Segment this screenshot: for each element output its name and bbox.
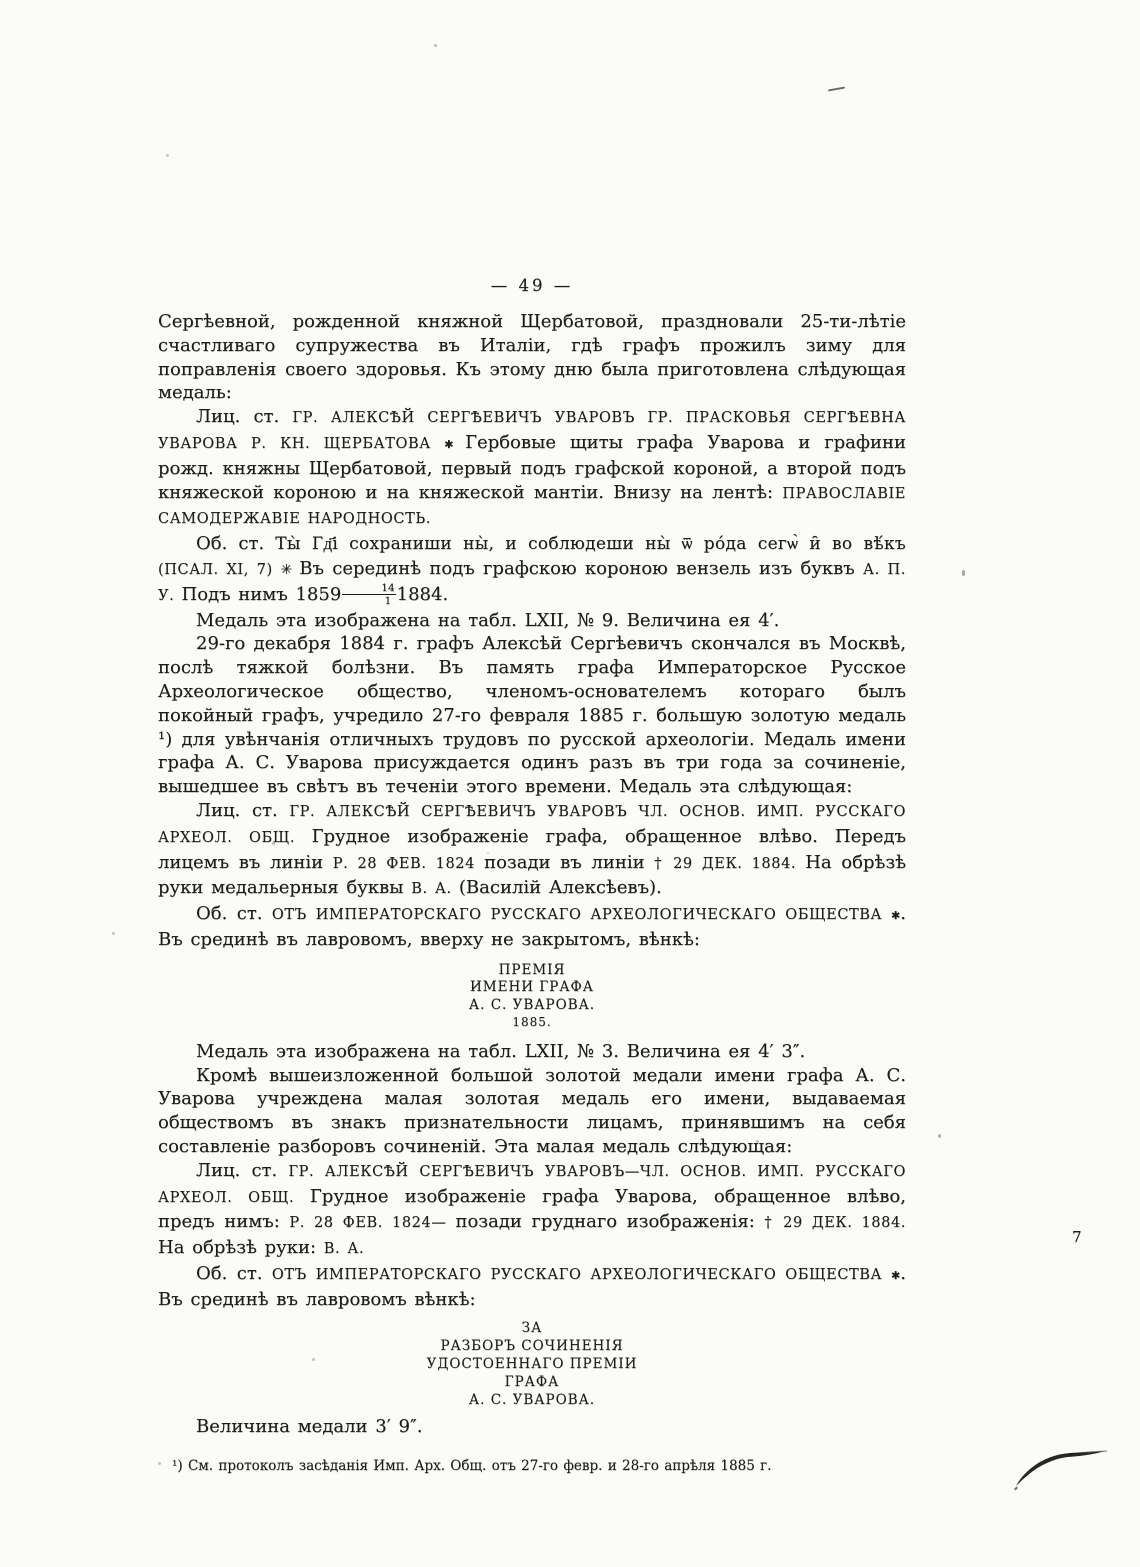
text-run: 1884. [397, 584, 449, 605]
text-run: позади груднаго изображенія: [455, 1211, 764, 1232]
page-text-column: Сергѣевной, рожденной княжной Щербатовой… [158, 310, 906, 1475]
scan-speck [312, 1358, 315, 1361]
scan-speck [487, 852, 489, 854]
medallist-initials: В. А. [411, 881, 459, 897]
scan-speck [962, 570, 965, 576]
text-run: Лиц. ст. [196, 1160, 288, 1181]
scan-speck [272, 842, 275, 845]
inscription-line: ПРЕМІЯ [158, 962, 906, 980]
sheet-signature: 7 [1072, 1228, 1082, 1246]
wreath-inscription-za-razbor: ЗА РАЗБОРЪ СОЧИНЕНІЯ УДОСТОЕННАГО ПРЕМІИ… [158, 1319, 906, 1409]
inscription-line: А. С. УВАРОВА. [158, 1391, 906, 1409]
society-legend-caps: ОТЪ ИМПЕРАТОРСКАГО РУССКАГО АРХЕОЛОГИЧЕС… [272, 907, 891, 923]
birth-date-caps: Р. 28 ФЕВ. 1824 [333, 856, 484, 872]
birth-date-caps: Р. 28 ФЕВ. 1824— [289, 1215, 455, 1231]
inscription-line: УДОСТОЕННАГО ПРЕМІИ [158, 1355, 906, 1373]
paragraph-anniversary: Сергѣевной, рожденной княжной Щербатовой… [158, 310, 906, 405]
text-run: Подъ нимъ 1859 [182, 584, 342, 605]
scan-speck [938, 1134, 941, 1138]
text-run: Медаль эта изображена на табл. LXII, № 9… [196, 610, 779, 631]
paragraph-death-and-prize: 29-го декабря 1884 г. графъ Алексѣй Серг… [158, 632, 906, 799]
text-run: Об. ст. [196, 903, 272, 924]
scan-stroke-artifact [828, 87, 845, 92]
inscription-year: 1885. [158, 1014, 906, 1032]
death-date-caps: † 29 ДЕК. 1884. [654, 856, 805, 872]
text-run: Медаль эта изображена на табл. LXII, № 3… [196, 1041, 805, 1062]
text-run: Величина медали 3′ 9″. [196, 1416, 422, 1437]
page-number-header: — 49 — [158, 276, 906, 295]
text-run: Лиц. ст. [196, 800, 289, 821]
inscription-line: РАЗБОРЪ СОЧИНЕНІЯ [158, 1337, 906, 1355]
ink-flourish [1008, 1442, 1108, 1498]
text-run: Лиц. ст. [196, 406, 292, 427]
footnote: ¹) См. протоколъ засѣданія Имп. Арх. Общ… [158, 1457, 906, 1475]
scan-speck [434, 44, 437, 47]
rosette-icon: ✳ [281, 562, 300, 578]
scan-speck [166, 154, 169, 157]
medallist-initials: В. А. [324, 1241, 364, 1257]
paragraph-reverse-jubilee-medal: Об. ст. Ты̀ Гд҃і сохраниши ны̀, и соблюд… [158, 532, 906, 608]
rosette-icon: ✱ [891, 1269, 900, 1282]
scan-speck [756, 1140, 759, 1143]
scan-speck [158, 1462, 161, 1465]
paragraph-obverse-jubilee-medal: Лиц. ст. ГР. АЛЕКСѢЙ СЕРГѢЕВИЧЪ УВАРОВЪ … [158, 405, 906, 532]
date-fraction: 141 [342, 583, 395, 606]
text-run: позади въ линіи [484, 852, 654, 873]
text-run: Сергѣевной, рожденной княжной Щербатовой… [158, 311, 906, 403]
inscription-line: ЗА [158, 1319, 906, 1337]
text-run: Об. ст. [196, 533, 275, 554]
church-slavonic-quote: Ты̀ Гд҃і сохраниши ны̀, и соблюдеши ны̀ … [275, 534, 906, 554]
scan-speck [112, 932, 115, 935]
society-legend-caps: ОТЪ ИМПЕРАТОРСКАГО РУССКАГО АРХЕОЛОГИЧЕС… [272, 1267, 891, 1283]
text-run: Въ серединѣ подъ графскою короною вензел… [299, 558, 863, 579]
rosette-icon: ✱ [891, 909, 900, 922]
psalm-reference: (ПСАЛ. XI, 7) [158, 562, 281, 578]
wreath-inscription-premia: ПРЕМІЯ ИМЕНИ ГРАФА А. С. УВАРОВА. 1885. [158, 962, 906, 1032]
text-run: На обрѣзѣ руки: [158, 1237, 324, 1258]
paragraph-plate-reference-9: Медаль эта изображена на табл. LXII, № 9… [158, 609, 906, 633]
paragraph-medal-size: Величина медали 3′ 9″. [158, 1415, 906, 1439]
text-run: (Василій Алексѣевъ). [459, 877, 662, 898]
text-run: Кромѣ вышеизложенной большой золотой мед… [158, 1065, 906, 1157]
text-run: Об. ст. [196, 1263, 272, 1284]
book-page: — 49 — Сергѣевной, рожденной княжной Щер… [0, 0, 1140, 1567]
paragraph-obverse-large-medal: Лиц. ст. ГР. АЛЕКСѢЙ СЕРГѢЕВИЧЪ УВАРОВЪ … [158, 799, 906, 902]
paragraph-reverse-large-medal: Об. ст. ОТЪ ИМПЕРАТОРСКАГО РУССКАГО АРХЕ… [158, 902, 906, 952]
inscription-line: А. С. УВАРОВА. [158, 997, 906, 1015]
paragraph-small-medal-intro: Кромѣ вышеизложенной большой золотой мед… [158, 1064, 906, 1159]
death-date-caps: † 29 ДЕК. 1884. [764, 1215, 906, 1231]
paragraph-obverse-small-medal: Лиц. ст. ГР. АЛЕКСѢЙ СЕРГѢЕВИЧЪ УВАРОВЪ—… [158, 1159, 906, 1262]
inscription-line: ИМЕНИ ГРАФА [158, 979, 906, 997]
rosette-icon: ✱ [444, 438, 465, 451]
paragraph-plate-reference-3: Медаль эта изображена на табл. LXII, № 3… [158, 1040, 906, 1064]
text-run: 29-го декабря 1884 г. графъ Алексѣй Серг… [158, 633, 906, 797]
paragraph-reverse-small-medal: Об. ст. ОТЪ ИМПЕРАТОРСКАГО РУССКАГО АРХЕ… [158, 1262, 906, 1312]
inscription-line: ГРАФА [158, 1373, 906, 1391]
